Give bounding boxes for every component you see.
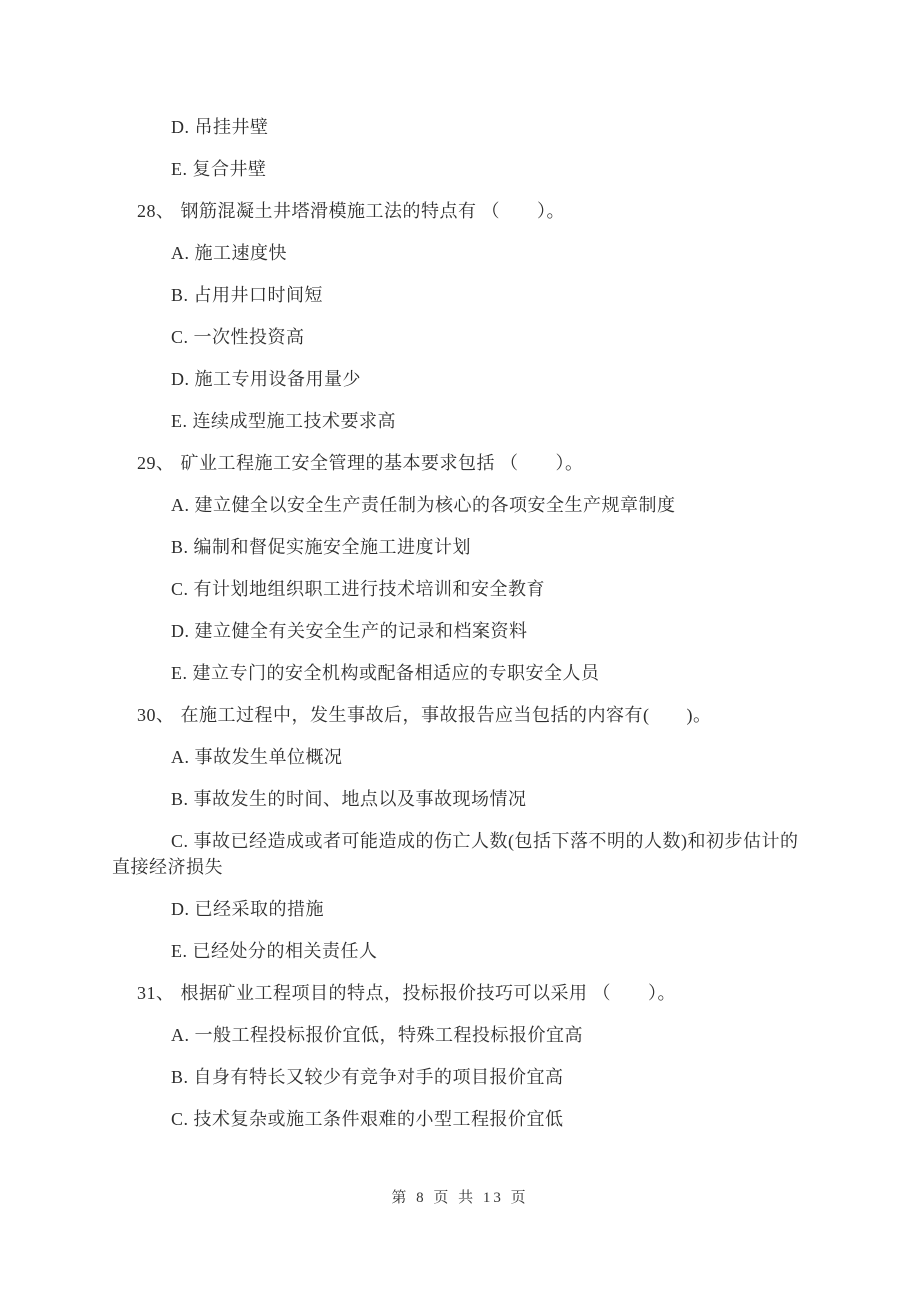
option-label: C. <box>171 831 189 851</box>
option-label: B. <box>171 1067 189 1087</box>
option-text: 编制和督促实施安全施工进度计划 <box>194 537 472 557</box>
option-28-C: C.一次性投资高 <box>171 324 808 350</box>
document-page: D.吊挂井壁 E.复合井壁 28、钢筋混凝土井塔滑模施工法的特点有 （ ）。 A… <box>0 0 920 1302</box>
option-text: 有计划地组织职工进行技术培训和安全教育 <box>194 579 546 599</box>
option-label: E. <box>171 159 188 179</box>
option-text: 建立专门的安全机构或配备相适应的专职安全人员 <box>193 663 600 683</box>
question-31: 31、根据矿业工程项目的特点，投标报价技巧可以采用 （ ）。 <box>137 980 808 1006</box>
question-stem: 矿业工程施工安全管理的基本要求包括 （ ）。 <box>181 453 584 473</box>
option-label: A. <box>171 1025 190 1045</box>
option-29-E: E.建立专门的安全机构或配备相适应的专职安全人员 <box>171 660 808 686</box>
option-28-D: D.施工专用设备用量少 <box>171 366 808 392</box>
option-29-C: C.有计划地组织职工进行技术培训和安全教育 <box>171 576 808 602</box>
option-label: C. <box>171 327 189 347</box>
page-number-text: 第 8 页 共 13 页 <box>391 1190 528 1206</box>
option-text: 连续成型施工技术要求高 <box>193 411 397 431</box>
option-label: E. <box>171 941 188 961</box>
question-30: 30、在施工过程中，发生事故后，事故报告应当包括的内容有( )。 <box>137 702 808 728</box>
option-label: D. <box>171 621 190 641</box>
option-text: 技术复杂或施工条件艰难的小型工程报价宜低 <box>194 1109 564 1129</box>
page-footer: 第 8 页 共 13 页 <box>0 1186 920 1207</box>
option-30-A: A.事故发生单位概况 <box>171 744 808 770</box>
question-number: 30、 <box>137 705 175 725</box>
option-label: C. <box>171 1109 189 1129</box>
option-text: 复合井壁 <box>193 159 267 179</box>
option-text: 建立健全以安全生产责任制为核心的各项安全生产规章制度 <box>195 495 676 515</box>
option-label: A. <box>171 495 190 515</box>
option-28-E: E.连续成型施工技术要求高 <box>171 408 808 434</box>
option-label: B. <box>171 285 189 305</box>
option-text: 一般工程投标报价宜低，特殊工程投标报价宜高 <box>195 1025 584 1045</box>
option-label: D. <box>171 369 190 389</box>
option-prev-D: D.吊挂井壁 <box>171 114 808 140</box>
question-stem: 在施工过程中，发生事故后，事故报告应当包括的内容有( )。 <box>181 705 712 725</box>
question-number: 29、 <box>137 453 175 473</box>
option-label: A. <box>171 747 190 767</box>
option-30-C: C.事故已经造成或者可能造成的伤亡人数(包括下落不明的人数)和初步估计的直接经济… <box>112 828 808 880</box>
option-label: B. <box>171 789 189 809</box>
option-text: 自身有特长又较少有竞争对手的项目报价宜高 <box>194 1067 564 1087</box>
option-28-A: A.施工速度快 <box>171 240 808 266</box>
option-label: D. <box>171 899 190 919</box>
option-label: C. <box>171 579 189 599</box>
question-number: 31、 <box>137 983 175 1003</box>
option-29-B: B.编制和督促实施安全施工进度计划 <box>171 534 808 560</box>
option-text: 施工速度快 <box>195 243 288 263</box>
option-31-C: C.技术复杂或施工条件艰难的小型工程报价宜低 <box>171 1106 808 1132</box>
option-label: B. <box>171 537 189 557</box>
option-29-D: D.建立健全有关安全生产的记录和档案资料 <box>171 618 808 644</box>
option-text: 事故发生单位概况 <box>195 747 343 767</box>
option-label: E. <box>171 663 188 683</box>
option-text: 吊挂井壁 <box>195 117 269 137</box>
option-prev-E: E.复合井壁 <box>171 156 808 182</box>
option-31-B: B.自身有特长又较少有竞争对手的项目报价宜高 <box>171 1064 808 1090</box>
question-number: 28、 <box>137 201 175 221</box>
option-label: A. <box>171 243 190 263</box>
option-30-B: B.事故发生的时间、地点以及事故现场情况 <box>171 786 808 812</box>
question-stem: 根据矿业工程项目的特点，投标报价技巧可以采用 （ ）。 <box>181 983 677 1003</box>
option-label: D. <box>171 117 190 137</box>
option-text: 已经处分的相关责任人 <box>193 941 378 961</box>
question-stem: 钢筋混凝土井塔滑模施工法的特点有 （ ）。 <box>181 201 566 221</box>
question-28: 28、钢筋混凝土井塔滑模施工法的特点有 （ ）。 <box>137 198 808 224</box>
option-text: 施工专用设备用量少 <box>195 369 362 389</box>
option-label: E. <box>171 411 188 431</box>
option-text: 一次性投资高 <box>194 327 305 347</box>
option-text: 已经采取的措施 <box>195 899 325 919</box>
option-29-A: A.建立健全以安全生产责任制为核心的各项安全生产规章制度 <box>171 492 808 518</box>
option-text: 占用井口时间短 <box>194 285 324 305</box>
option-text: 建立健全有关安全生产的记录和档案资料 <box>195 621 528 641</box>
option-30-E: E.已经处分的相关责任人 <box>171 938 808 964</box>
option-28-B: B.占用井口时间短 <box>171 282 808 308</box>
option-30-D: D.已经采取的措施 <box>171 896 808 922</box>
question-29: 29、矿业工程施工安全管理的基本要求包括 （ ）。 <box>137 450 808 476</box>
option-text: 事故发生的时间、地点以及事故现场情况 <box>194 789 527 809</box>
option-31-A: A.一般工程投标报价宜低，特殊工程投标报价宜高 <box>171 1022 808 1048</box>
option-text: 事故已经造成或者可能造成的伤亡人数(包括下落不明的人数)和初步估计的直接经济损失 <box>112 831 799 877</box>
